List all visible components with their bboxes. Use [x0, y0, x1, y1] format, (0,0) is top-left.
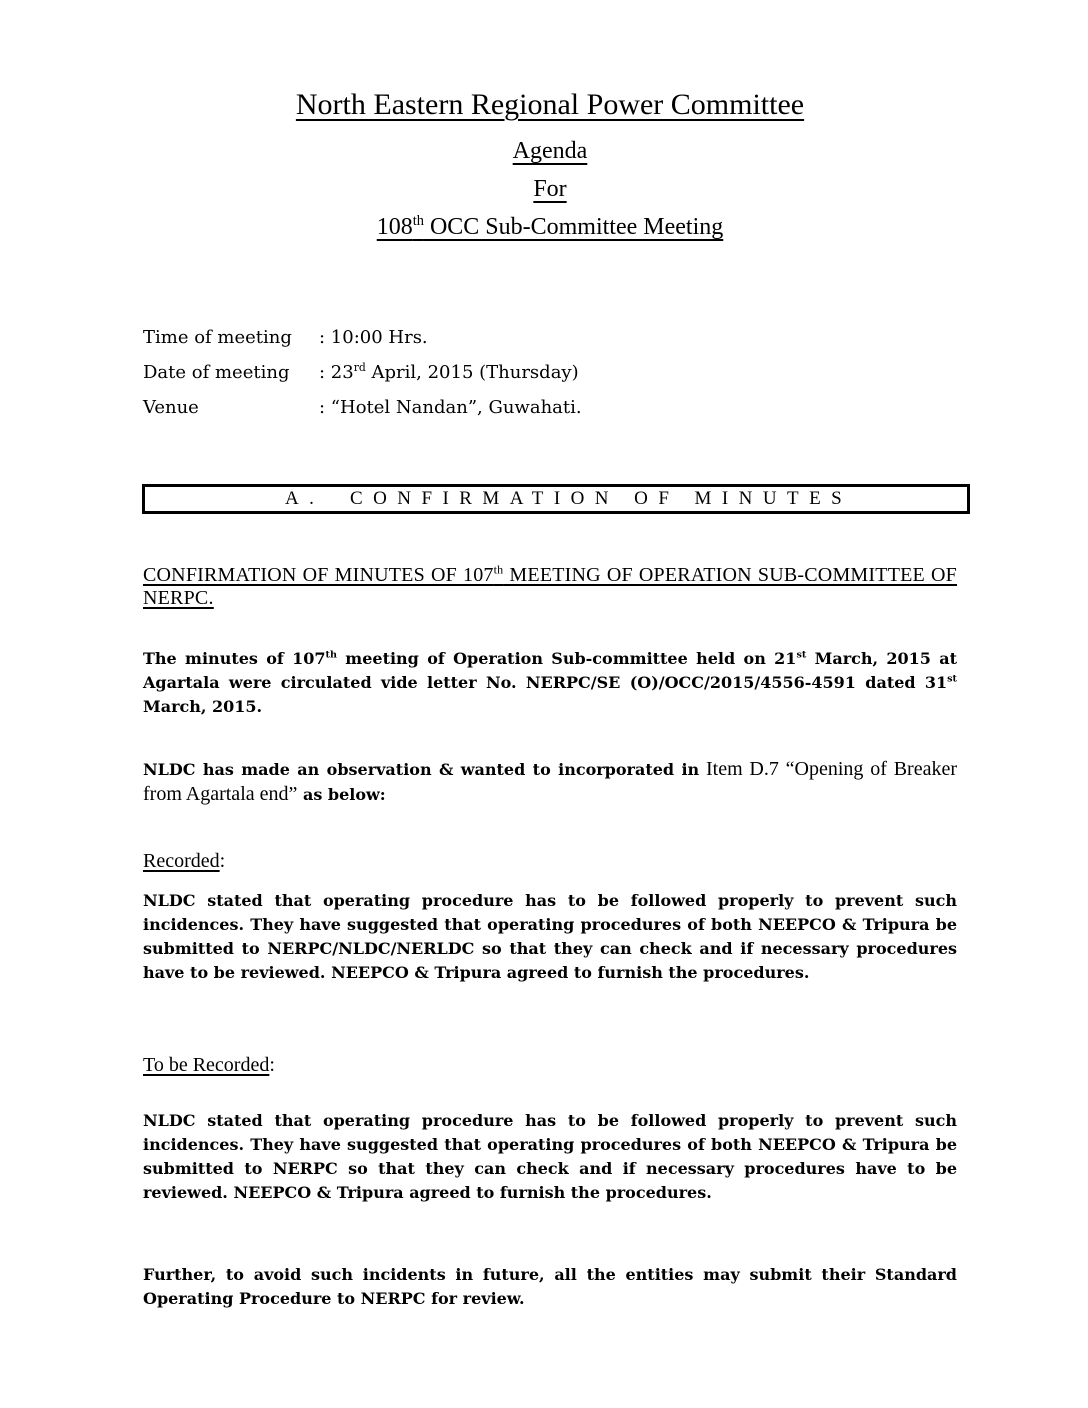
- section-title: CONFIRMATION OF MINUTES: [350, 487, 852, 511]
- agenda-heading: Agenda: [0, 138, 1088, 165]
- observation-bold-text: NLDC has made an observation & wanted to…: [143, 760, 699, 779]
- text: meeting of Operation Sub-committee held …: [337, 649, 796, 668]
- recorded-label-text: Recorded: [143, 850, 220, 872]
- suffix: st: [796, 650, 806, 661]
- meeting-date-row: Date of meeting: 23rd April, 2015 (Thurs…: [143, 362, 579, 383]
- for-text: For: [533, 176, 566, 202]
- recorded-paragraph: NLDC stated that operating procedure has…: [143, 889, 957, 985]
- meeting-date-suffix: rd: [354, 361, 366, 374]
- separator: :: [319, 362, 331, 383]
- to-be-recorded-label: To be Recorded:: [143, 1054, 275, 1077]
- suffix: st: [947, 674, 957, 685]
- meeting-date-label: Date of meeting: [143, 362, 319, 383]
- for-heading: For: [0, 176, 1088, 203]
- meeting-time-value: 10:00 Hrs.: [331, 327, 428, 348]
- to-be-recorded-paragraph: NLDC stated that operating procedure has…: [143, 1109, 957, 1205]
- subheading-part1: CONFIRMATION OF MINUTES OF 107: [143, 564, 494, 586]
- meeting-date-day: 23: [331, 362, 354, 383]
- meeting-venue-label: Venue: [143, 397, 319, 418]
- meeting-name: OCC Sub-Committee Meeting: [424, 214, 723, 240]
- observation-bold-text-end: as below:: [297, 785, 385, 804]
- colon: :: [269, 1054, 275, 1076]
- meeting-venue-value: “Hotel Nandan”, Guwahati.: [331, 397, 582, 418]
- agenda-text: Agenda: [513, 138, 588, 164]
- section-a-box: A. CONFIRMATION OF MINUTES: [142, 484, 970, 514]
- subheading-text: CONFIRMATION OF MINUTES OF 107th MEETING…: [143, 564, 957, 609]
- document-page: North Eastern Regional Power Committee A…: [0, 0, 1088, 1408]
- separator: :: [319, 327, 331, 348]
- meeting-venue-row: Venue: “Hotel Nandan”, Guwahati.: [143, 397, 582, 418]
- meeting-date-rest: April, 2015 (Thursday): [366, 362, 579, 383]
- meeting-number-suffix: th: [413, 213, 424, 229]
- nldc-observation-paragraph: NLDC has made an observation & wanted to…: [143, 757, 957, 807]
- text: March, 2015.: [143, 697, 262, 716]
- confirmation-subheading: CONFIRMATION OF MINUTES OF 107th MEETING…: [143, 564, 957, 610]
- further-paragraph: Further, to avoid such incidents in futu…: [143, 1263, 957, 1311]
- meeting-number: 108: [377, 214, 413, 240]
- separator: :: [319, 397, 331, 418]
- meeting-heading: 108th OCC Sub-Committee Meeting: [0, 214, 1088, 241]
- text: The minutes of 107: [143, 649, 326, 668]
- organization-name: North Eastern Regional Power Committee: [296, 88, 804, 121]
- colon: :: [220, 850, 226, 872]
- meeting-time-row: Time of meeting: 10:00 Hrs.: [143, 327, 428, 348]
- organization-title: North Eastern Regional Power Committee: [0, 88, 1088, 122]
- subheading-suffix: th: [494, 562, 504, 576]
- meeting-time-label: Time of meeting: [143, 327, 319, 348]
- section-letter: A.: [285, 487, 324, 511]
- meeting-title: 108th OCC Sub-Committee Meeting: [377, 214, 724, 240]
- recorded-label: Recorded:: [143, 850, 225, 873]
- minutes-circulated-paragraph: The minutes of 107th meeting of Operatio…: [143, 647, 957, 719]
- to-be-recorded-label-text: To be Recorded: [143, 1054, 269, 1076]
- suffix: th: [326, 650, 337, 661]
